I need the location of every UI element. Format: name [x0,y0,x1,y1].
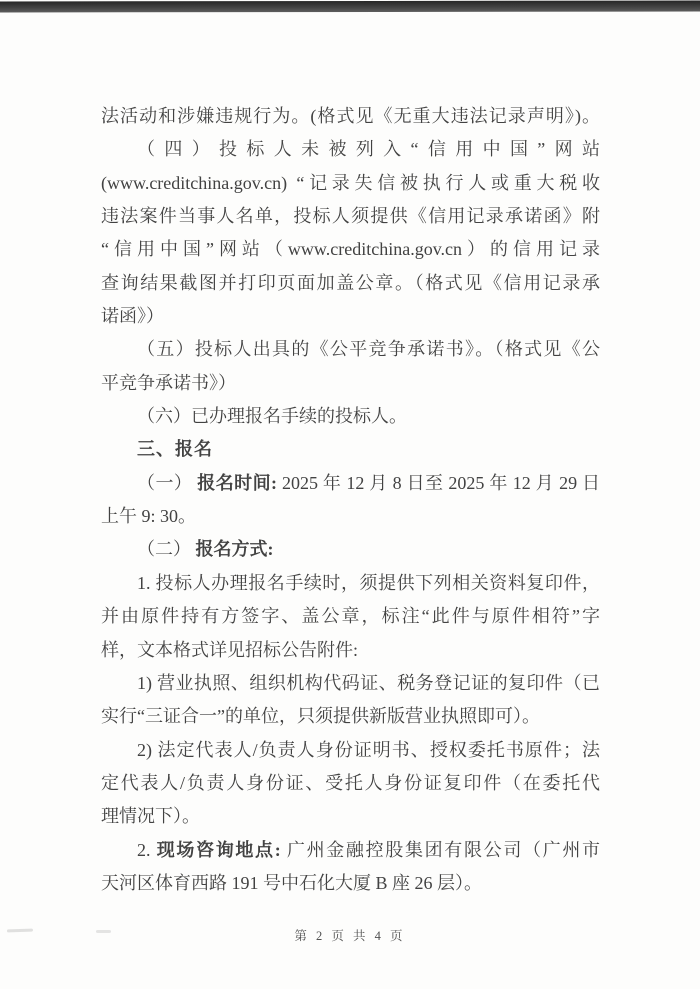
text: （六）已办理报名手续的投标人。 [137,406,407,426]
text: （四）投标人未被列入“信用中国”网站 [137,139,600,159]
scan-artifact-top-bar [0,1,700,13]
text-line: 违法案件当事人名单，投标人须提供《信用记录承诺函》附 [101,200,600,233]
bold-text: 现场咨询地点: [157,840,281,860]
text-line: “信用中国”网站（www.creditchina.gov.cn）的信用记录 [101,233,600,266]
text-line: （五）投标人出具的《公平竞争承诺书》。（格式见《公 [101,333,600,366]
text-line: 1. 投标人办理报名手续时，须提供下列相关资料复印件， [101,567,600,600]
text: “信用中国”网站（www.creditchina.gov.cn）的信用记录 [101,239,600,259]
text-line: 法活动和涉嫌违规行为。(格式见《无重大违法记录声明》)。 [101,100,600,133]
text: 上午 9: 30。 [101,506,196,526]
text: 2. [137,840,157,860]
text: （二） [137,539,196,559]
text: 平竞争承诺书》） [101,373,236,393]
text-line: 1) 营业执照、组织机构代码证、税务登记证的复印件（已 [101,667,600,700]
text-line: 诺函》） [101,300,600,333]
text-line: 并由原件持有方签字、盖公章，标注“此件与原件相符”字 [101,600,600,633]
text: （五）投标人出具的《公平竞争承诺书》。（格式见《公 [137,339,600,359]
text-line: 天河区体育西路 191 号中石化大厦 B 座 26 层）。 [101,867,600,900]
text-line: （六）已办理报名手续的投标人。 [101,400,600,433]
text-line: 实行“三证合一”的单位，只须提供新版营业执照即可）。 [101,700,600,733]
text-line: （二） 报名方式: [101,533,600,566]
text: 理情况下）。 [101,806,200,826]
text-line: 理情况下）。 [101,800,600,833]
text: （一） [137,473,197,493]
text: 违法案件当事人名单，投标人须提供《信用记录承诺函》附 [101,206,600,226]
text: 2) 法定代表人/负责人身份证明书、授权委托书原件；法 [137,740,600,760]
text: 1) 营业执照、组织机构代码证、税务登记证的复印件（已 [137,673,600,693]
text: 实行“三证合一”的单位，只须提供新版营业执照即可）。 [101,706,540,726]
section-heading-line: 三、报名 [101,433,600,466]
text: (www.creditchina.gov.cn) “记录失信被执行人或重大税收 [101,173,600,193]
text: 1. 投标人办理报名手续时，须提供下列相关资料复印件， [137,573,600,593]
text: 定代表人/负责人身份证、受托人身份证复印件（在委托代 [101,773,600,793]
text-line: （四）投标人未被列入“信用中国”网站 [101,133,600,166]
page-number-footer: 第 2 页 共 4 页 [0,926,700,944]
text: 样，文本格式详见招标公告附件: [101,640,358,660]
text-line: 平竞争承诺书》） [101,367,600,400]
text-line: (www.creditchina.gov.cn) “记录失信被执行人或重大税收 [101,167,600,200]
bold-text: 三、报名 [137,439,213,459]
text-line: 定代表人/负责人身份证、受托人身份证复印件（在委托代 [101,767,600,800]
text-line: 上午 9: 30。 [101,500,600,533]
text-line: 2. 现场咨询地点: 广州金融控股集团有限公司（广州市 [101,834,600,867]
text: 查询结果截图并打印页面加盖公章。（格式见《信用记录承 [101,273,600,293]
text: 天河区体育西路 191 号中石化大厦 B 座 26 层）。 [101,873,482,893]
text: 诺函》） [101,306,164,326]
document-body: 法活动和涉嫌违规行为。(格式见《无重大违法记录声明》)。（四）投标人未被列入“信… [101,100,600,900]
bold-text: 报名时间: [197,473,277,493]
text-line: 样，文本格式详见招标公告附件: [101,634,600,667]
text-line: 查询结果截图并打印页面加盖公章。（格式见《信用记录承 [101,267,600,300]
bold-text: 报名方式: [196,539,274,559]
text: 法活动和涉嫌违规行为。(格式见《无重大违法记录声明》)。 [101,106,600,126]
text: 2025 年 12 月 8 日至 2025 年 12 月 29 日 [277,473,600,493]
text: 广州金融控股集团有限公司（广州市 [281,840,600,860]
text-line: （一） 报名时间: 2025 年 12 月 8 日至 2025 年 12 月 2… [101,467,600,500]
text: 并由原件持有方签字、盖公章，标注“此件与原件相符”字 [101,606,600,626]
text-line: 2) 法定代表人/负责人身份证明书、授权委托书原件；法 [101,734,600,767]
scanned-page: 法活动和涉嫌违规行为。(格式见《无重大违法记录声明》)。（四）投标人未被列入“信… [0,0,700,989]
